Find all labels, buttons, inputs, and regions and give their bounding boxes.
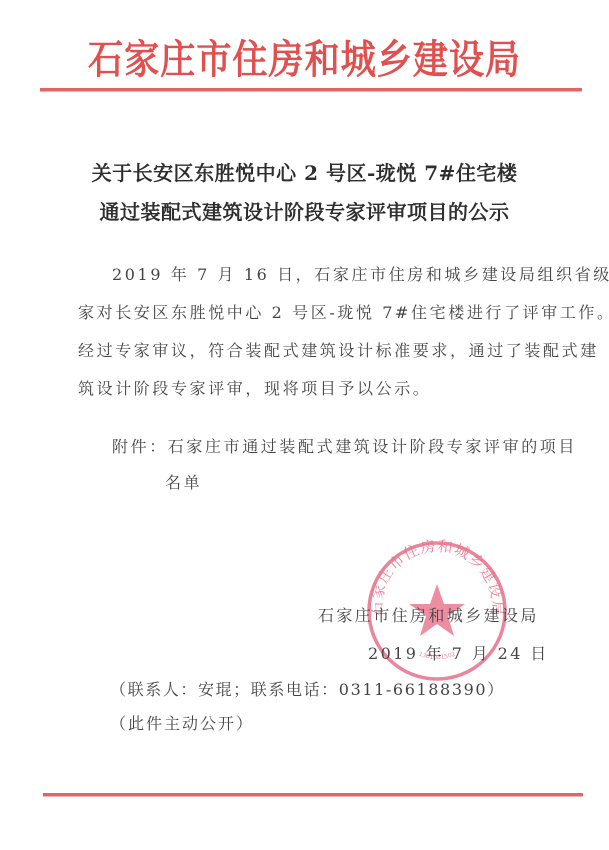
contact-info: （联系人：安琨；联系电话：0311-66188390） bbox=[110, 677, 505, 700]
signature-org: 石家庄市住房和城乡建设局 bbox=[318, 603, 539, 626]
disclosure-note: （此件主动公开） bbox=[110, 711, 254, 734]
title-line-2: 通过装配式建筑设计阶段专家评审项目的公示 bbox=[0, 196, 609, 225]
footer-divider bbox=[43, 793, 583, 797]
body-line-1: 2019 年 7 月 16 日，石家庄市住房和城乡建设局组织省级专 bbox=[112, 262, 609, 285]
signature-date: 2019 年 7 月 24 日 bbox=[368, 641, 549, 664]
issuer-title: 石家庄市住房和城乡建设局 bbox=[37, 28, 573, 85]
body-line-4: 筑设计阶段专家评审，现将项目予以公示。 bbox=[78, 376, 431, 399]
header-divider bbox=[40, 88, 582, 92]
attachment-line-2: 名单 bbox=[165, 470, 202, 493]
title-line-1: 关于长安区东胜悦中心 2 号区-珑悦 7#住宅楼 bbox=[0, 157, 609, 186]
attachment-line-1: 附件：石家庄市通过装配式建筑设计阶段专家评审的项目 bbox=[112, 434, 577, 457]
body-line-2: 家对长安区东胜悦中心 2 号区-珑悦 7#住宅楼进行了评审工作。 bbox=[78, 300, 609, 323]
body-line-3: 经过专家审议，符合装配式建筑设计标准要求，通过了装配式建 bbox=[78, 338, 599, 361]
